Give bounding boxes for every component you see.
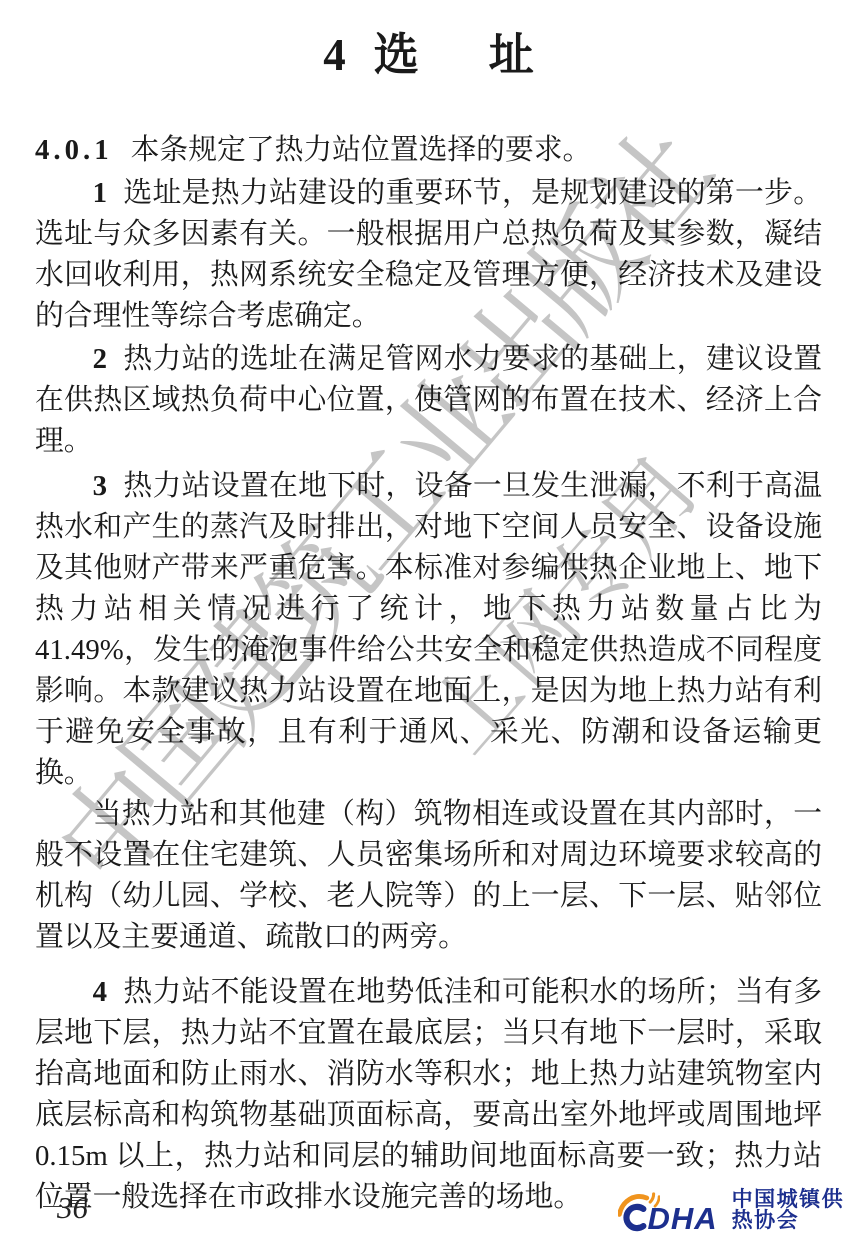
paragraph-text: 热力站设置在地下时，设备一旦发生泄漏，不利于高温热水和产生的蒸汽及时排出，对地下… bbox=[35, 470, 822, 789]
logo-acronym: DHA bbox=[647, 1203, 717, 1234]
page-content: 4选址 4.0.1本条规定了热力站位置选择的要求。 1选址是热力站建设的重要环节… bbox=[35, 18, 822, 1218]
paragraph-number: 1 bbox=[93, 177, 107, 209]
section-number: 4.0.1 bbox=[35, 134, 113, 166]
paragraph-number: 4 bbox=[93, 976, 107, 1008]
section-heading-paragraph: 4.0.1本条规定了热力站位置选择的要求。 bbox=[35, 130, 822, 171]
association-logo: DHA 中国城镇供热协会 bbox=[618, 1181, 855, 1241]
chapter-number: 4 bbox=[323, 30, 346, 80]
paragraph-text: 热力站不能设置在地势低洼和可能积水的场所；当有多层地下层，热力站不宜置在最底层；… bbox=[35, 976, 822, 1213]
page-number: 36 bbox=[57, 1190, 88, 1226]
paragraph-item-3: 3热力站设置在地下时，设备一旦发生泄漏，不利于高温热水和产生的蒸汽及时排出，对地… bbox=[35, 466, 822, 794]
paragraph-number: 3 bbox=[93, 470, 107, 502]
paragraph-item-1: 1选址是热力站建设的重要环节，是规划建设的第一步。选址与众多因素有关。一般根据用… bbox=[35, 173, 822, 337]
chapter-title-word-2: 址 bbox=[489, 30, 534, 80]
paragraph-text: 当热力站和其他建（构）筑物相连或设置在其内部时，一般不设置在住宅建筑、人员密集场… bbox=[35, 798, 822, 953]
paragraph-text: 热力站的选址在满足管网水力要求的基础上，建议设置在供热区域热负荷中心位置，使管网… bbox=[35, 343, 822, 457]
paragraph-number: 2 bbox=[93, 343, 107, 375]
paragraph-item-2: 2热力站的选址在满足管网水力要求的基础上，建议设置在供热区域热负荷中心位置，使管… bbox=[35, 339, 822, 462]
chapter-title-word-1: 选 bbox=[374, 30, 419, 80]
logo-name: 中国城镇供热协会 bbox=[732, 1189, 855, 1231]
section-text: 本条规定了热力站位置选择的要求。 bbox=[131, 134, 592, 166]
chapter-title: 4选址 bbox=[35, 28, 822, 82]
paragraph-item-unnumbered: 当热力站和其他建（构）筑物相连或设置在其内部时，一般不设置在住宅建筑、人员密集场… bbox=[35, 794, 822, 958]
paragraph-text: 选址是热力站建设的重要环节，是规划建设的第一步。选址与众多因素有关。一般根据用户… bbox=[35, 177, 822, 332]
